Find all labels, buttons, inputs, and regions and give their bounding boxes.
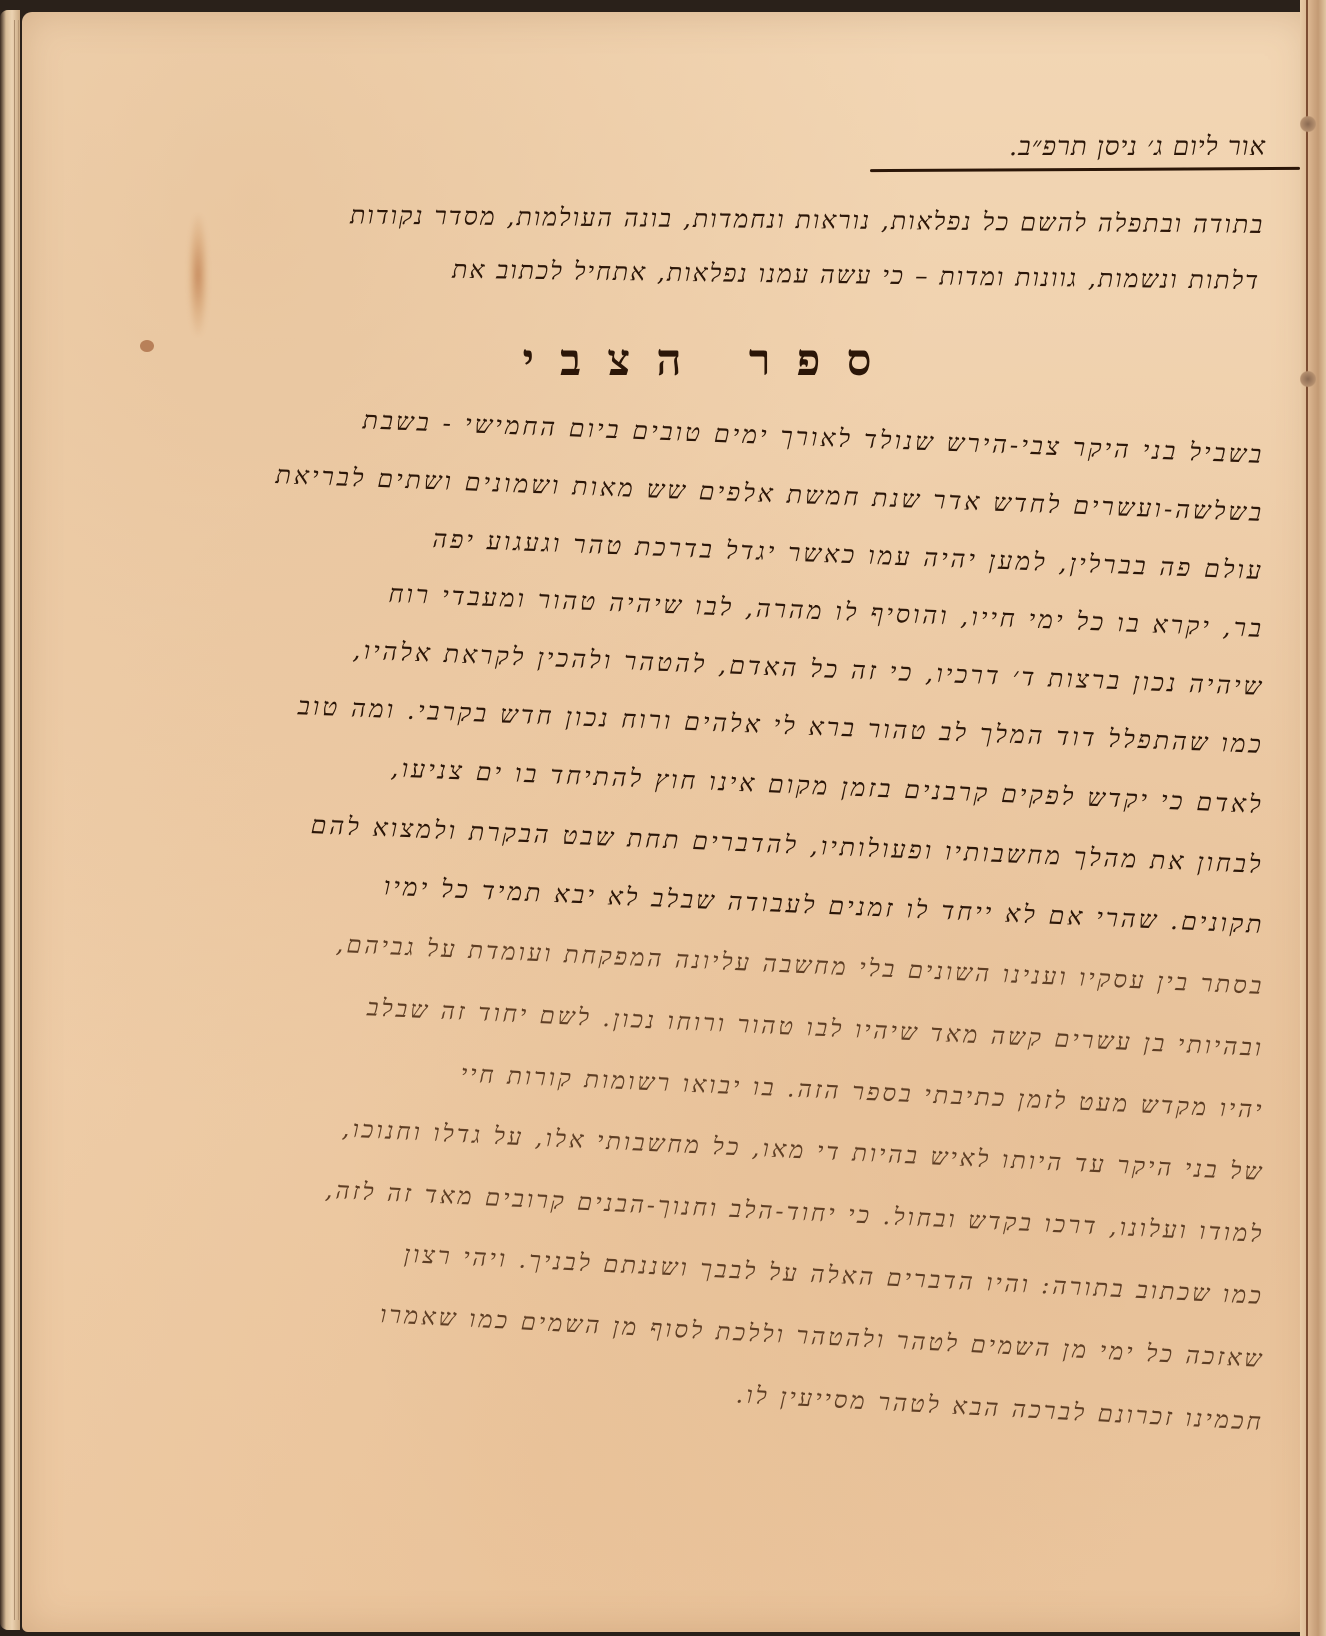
spine-binding-line [1306, 0, 1308, 1636]
date-heading: אור ליום ג׳ ניסן תרפ״ב. [856, 132, 1266, 162]
page-edge-line [18, 20, 19, 1620]
staple-icon [1300, 115, 1316, 133]
page-edge-line [14, 20, 15, 1620]
scanned-notebook-page: אור ליום ג׳ ניסן תרפ״ב. בתודה ובתפלה להש… [0, 0, 1326, 1636]
paper-page [22, 12, 1312, 1632]
ink-spot [140, 340, 154, 352]
staple-icon [1300, 370, 1316, 388]
ink-stain [188, 215, 208, 335]
notebook-spine [1300, 0, 1326, 1636]
page-stack-edge [0, 10, 20, 1630]
book-title: ספר הצבי [480, 335, 940, 386]
